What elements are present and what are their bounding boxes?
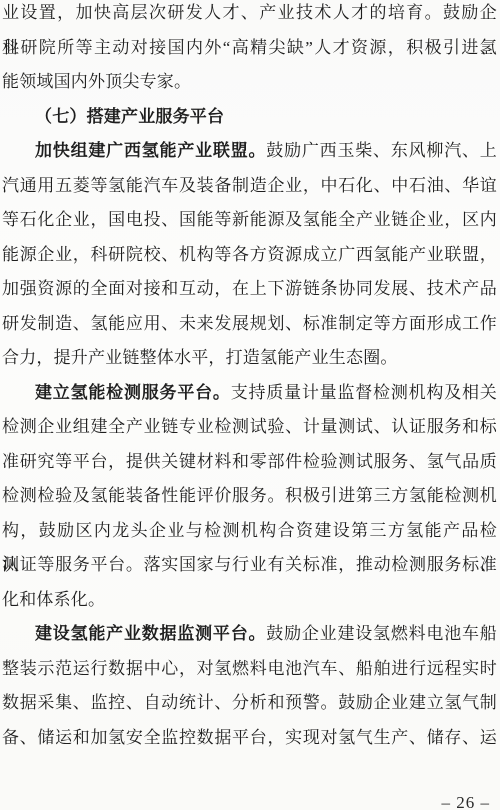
- text-line: 整装示范运行数据中心，对氢燃料电池汽车、船舶进行远程实时: [2, 652, 497, 687]
- text-line: 化和体系化。: [2, 583, 497, 618]
- text-line: 等石化企业，国电投、国能等新能源及氢能全产业链企业，区内: [2, 203, 497, 238]
- text-segment: 等石化企业，国电投、国能等新能源及氢能全产业链企业，区内: [2, 210, 497, 229]
- text-line: 能领域国内外顶尖专家。: [2, 65, 497, 100]
- text-segment: 科研院所等主动对接国内外“高精尖缺”人才资源，积极引进氢: [2, 38, 497, 57]
- text-segment: 数据采集、监控、自动统计、分析和预警。鼓励企业建立氢气制: [2, 693, 497, 712]
- text-line: 建立氢能检测服务平台。支持质量计量监督检测机构及相关: [2, 376, 497, 411]
- document-text-block: 业设置，加快高层次研发人才、产业技术人才的培育。鼓励企业、科研院所等主动对接国内…: [2, 0, 497, 755]
- text-line: 数据采集、监控、自动统计、分析和预警。鼓励企业建立氢气制: [2, 686, 497, 721]
- text-line: 准研究等平台，提供关键材料和零部件检验测试服务、氢气品质: [2, 445, 497, 480]
- text-line: 加强资源的全面对接和互动，在上下游链条协同发展、技术产品: [2, 272, 497, 307]
- bold-text-segment: 加快组建广西氢能产业联盟。: [35, 141, 266, 160]
- text-segment: 研发制造、氢能应用、未来发展规划、标准制定等方面形成工作: [2, 314, 497, 333]
- text-line: 加快组建广西氢能产业联盟。鼓励广西玉柴、东风柳汽、上: [2, 134, 497, 169]
- text-segment: 鼓励广西玉柴、东风柳汽、上: [266, 141, 497, 160]
- text-segment: 能源企业，科研院校、机构等各方资源成立广西氢能产业联盟，: [2, 245, 497, 264]
- text-segment: 鼓励企业建设氢燃料电池车船: [266, 624, 497, 643]
- text-segment: 检测企业组建全产业链专业检测试验、计量测试、认证服务和标: [2, 417, 497, 436]
- text-segment: 支持质量计量监督检测机构及相关: [231, 383, 497, 402]
- text-segment: 化和体系化。: [2, 590, 105, 609]
- text-segment: 合力，提升产业链整体水平，打造氢能产业生态圈。: [2, 348, 398, 367]
- bold-text-segment: 建立氢能检测服务平台。: [35, 383, 231, 402]
- page-number: – 26 –: [442, 793, 491, 810]
- text-line: 构，鼓励区内龙头企业与检测机构合资建设第三方氢能产品检测、: [2, 514, 497, 549]
- text-line: 检测检验及氢能装备性能评价服务。积极引进第三方氢能检测机: [2, 479, 497, 514]
- text-segment: 认证等服务平台。落实国家与行业有关标准，推动检测服务标准: [2, 555, 497, 574]
- text-segment: 汽通用五菱等氢能汽车及装备制造企业，中石化、中石油、华谊: [2, 176, 497, 195]
- section-heading: （七）搭建产业服务平台: [2, 100, 497, 135]
- text-line: 合力，提升产业链整体水平，打造氢能产业生态圈。: [2, 341, 497, 376]
- text-segment: 能领域国内外顶尖专家。: [2, 72, 191, 91]
- text-line: 认证等服务平台。落实国家与行业有关标准，推动检测服务标准: [2, 548, 497, 583]
- text-segment: 检测检验及氢能装备性能评价服务。积极引进第三方氢能检测机: [2, 486, 497, 505]
- document-page: 业设置，加快高层次研发人才、产业技术人才的培育。鼓励企业、科研院所等主动对接国内…: [0, 0, 500, 810]
- text-segment: 加强资源的全面对接和互动，在上下游链条协同发展、技术产品: [2, 279, 497, 298]
- text-line: 检测企业组建全产业链专业检测试验、计量测试、认证服务和标: [2, 410, 497, 445]
- bold-text-segment: （七）搭建产业服务平台: [35, 107, 224, 126]
- text-line: 汽通用五菱等氢能汽车及装备制造企业，中石化、中石油、华谊: [2, 169, 497, 204]
- text-segment: 整装示范运行数据中心，对氢燃料电池汽车、船舶进行远程实时: [2, 659, 497, 678]
- bold-text-segment: 建设氢能产业数据监测平台。: [35, 624, 266, 643]
- text-segment: 准研究等平台，提供关键材料和零部件检验测试服务、氢气品质: [2, 452, 497, 471]
- text-line: 科研院所等主动对接国内外“高精尖缺”人才资源，积极引进氢: [2, 31, 497, 66]
- text-line: 业设置，加快高层次研发人才、产业技术人才的培育。鼓励企业、: [2, 0, 497, 31]
- text-line: 建设氢能产业数据监测平台。鼓励企业建设氢燃料电池车船: [2, 617, 497, 652]
- text-line: 研发制造、氢能应用、未来发展规划、标准制定等方面形成工作: [2, 307, 497, 342]
- text-segment: 备、储运和加氢安全监控数据平台，实现对氢气生产、储存、运: [2, 728, 497, 747]
- text-line: 能源企业，科研院校、机构等各方资源成立广西氢能产业联盟，: [2, 238, 497, 273]
- text-line: 备、储运和加氢安全监控数据平台，实现对氢气生产、储存、运: [2, 721, 497, 756]
